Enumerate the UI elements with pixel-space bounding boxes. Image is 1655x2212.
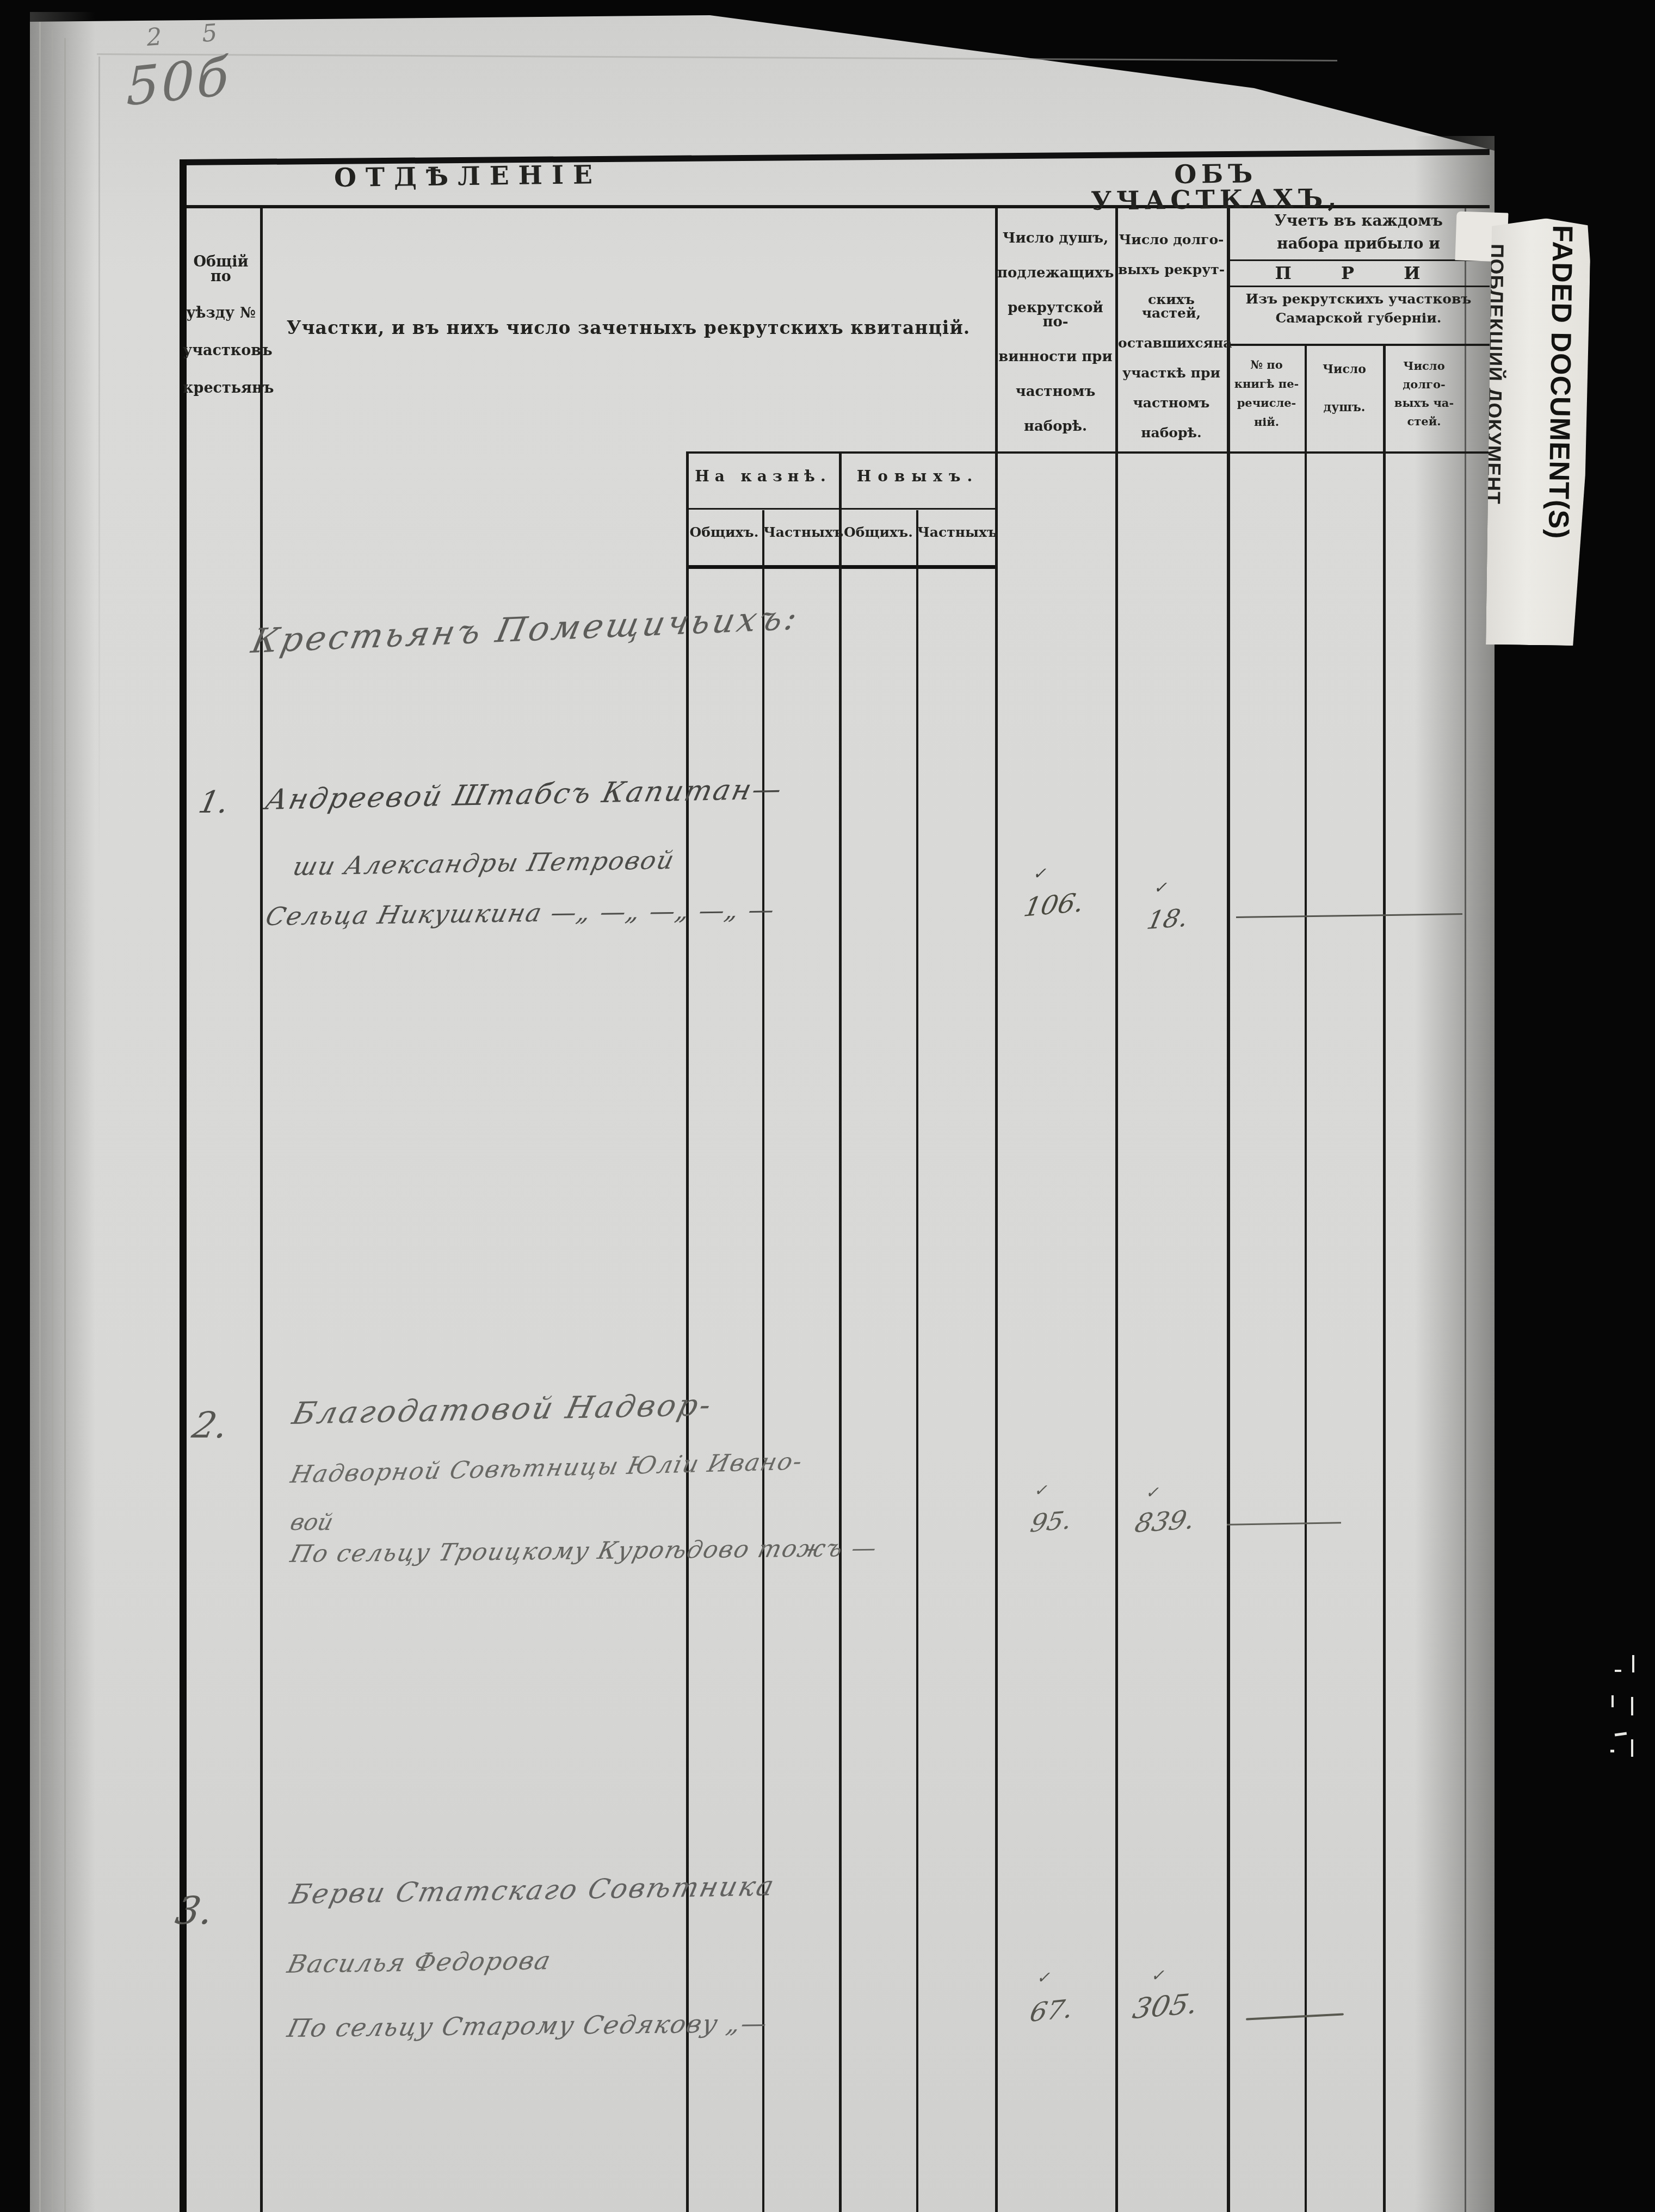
band-kazna: На казнѣ. <box>687 469 839 484</box>
column-header-uchastki: Участки, и въ нихъ число зачетныхъ рекру… <box>267 319 990 337</box>
check-mark: ✓ <box>1034 1483 1047 1499</box>
entry-text-line: Берви Статскаго Совѣтника <box>287 1873 777 1908</box>
corner-pencil-marks: 2 5 <box>146 20 234 50</box>
subcolumn-kniga: № по книгѣ пе- речисле- ній. <box>1228 359 1305 427</box>
archival-scan: 50б 2 5 ОТДѢЛЕНІЕ ОБЪ УЧАСТКАХЪ, Общій п… <box>0 0 1655 2212</box>
film-mark <box>1631 1739 1633 1757</box>
uchet-header-pri: П Р И <box>1228 264 1489 282</box>
check-mark: ✓ <box>1153 880 1167 896</box>
header-line: книгѣ пе- <box>1228 378 1305 389</box>
header-line: Число душъ, <box>997 231 1114 245</box>
column-header-debt: Число долго- выхъ рекрут- скихъ частей, … <box>1118 233 1225 439</box>
film-mark <box>1611 1695 1614 1707</box>
band-novyh: Новыхъ. <box>841 469 995 484</box>
header-line: наборѣ. <box>1118 426 1225 439</box>
column-header-uyezd: Общій по уѣзду № участковъ крестьянъ <box>183 255 259 395</box>
entry-text-line: По сельцу Троицкому Куроѣдово тожъ — <box>288 1536 880 1566</box>
header-line: Число <box>1385 360 1463 371</box>
band-obshchih-2: Общихъ. <box>841 525 916 539</box>
header-line: частномъ <box>997 385 1114 399</box>
table-rule <box>686 451 1490 454</box>
check-mark: ✓ <box>1033 866 1046 882</box>
header-line: речисле- <box>1228 397 1305 408</box>
table-rule <box>762 510 764 2212</box>
entry-text-line: вой <box>288 1511 336 1534</box>
page-right-edge-shade <box>1415 136 1495 2212</box>
column-header-souls: Число душъ, подлежащихъ рекрутской по- в… <box>997 231 1114 433</box>
film-mark <box>1615 1670 1621 1672</box>
uchet-header-line2: набора прибыло и <box>1228 236 1489 251</box>
film-mark <box>1610 1750 1614 1752</box>
band-chastnyh-1: Частныхъ <box>763 525 839 539</box>
band-obshchih-1: Общихъ. <box>687 525 761 539</box>
header-line: уѣзду № <box>183 306 259 320</box>
header-line: Число долго- <box>1118 233 1225 246</box>
table-rule <box>995 208 998 2212</box>
header-line: частномъ <box>1118 396 1225 410</box>
section-title-right: ОБЪ УЧАСТКАХЪ, <box>1060 160 1371 215</box>
header-line: винности при <box>997 350 1114 364</box>
header-line: подлежащихъ <box>997 266 1114 280</box>
check-mark: ✓ <box>1145 1485 1159 1501</box>
header-line: № по <box>1228 359 1305 370</box>
entry-text-line: ши Александры Петровой <box>291 847 677 879</box>
entry-text-line: Сельца Никушкина —„ —„ —„ —„ — <box>263 897 778 929</box>
table-rule <box>1465 208 1466 2212</box>
header-line: крестьянъ <box>183 381 259 395</box>
header-line: ній. <box>1228 416 1305 427</box>
header-line: участкѣ при <box>1118 366 1225 380</box>
header-line: стей. <box>1385 416 1463 427</box>
table-rule <box>1227 286 1490 287</box>
sheet-corner-line <box>98 57 100 872</box>
table-rule <box>686 451 689 2212</box>
table-rule <box>1227 207 1230 2212</box>
band-chastnyh-2: Частныхъ <box>917 525 995 539</box>
header-line: оставшихсяна <box>1118 336 1225 350</box>
table-rule <box>1305 344 1307 2212</box>
uchet-header-line5: Самарской губерніи. <box>1228 311 1489 325</box>
subcolumn-dush-line2: душъ. <box>1306 401 1383 413</box>
entry-text-line: По сельцу Старому Седякову „— <box>285 2011 770 2041</box>
header-line: выхъ ча- <box>1385 397 1463 408</box>
header-line: выхъ рекрут- <box>1118 263 1225 276</box>
entry-number: 3. <box>173 1892 216 1930</box>
table-rule <box>1227 344 1490 346</box>
film-mark <box>1632 1655 1634 1672</box>
faded-document-tab: ПОБЛЕКШИЙ ДОКУМЕНТ FADED DOCUMENT(S) <box>1486 218 1591 646</box>
entry-text-line: Благодатовой Надвор- <box>289 1390 715 1429</box>
sheet-edge-line <box>39 22 41 2212</box>
table-rule <box>1115 208 1118 2212</box>
table-rule <box>1227 259 1490 261</box>
folio-number: 50б <box>126 50 231 114</box>
header-line: участковъ <box>183 343 259 358</box>
film-mark <box>1631 1697 1633 1715</box>
entry-text-line: Василья Федорова <box>285 1948 554 1976</box>
header-line: рекрутской по- <box>997 301 1114 329</box>
sheet-edge-line <box>64 38 66 2212</box>
subcolumn-dush-line1: Число <box>1306 363 1383 375</box>
subcolumn-dolg: Число долго- выхъ ча- стей. <box>1385 360 1463 427</box>
table-rule <box>916 510 918 2212</box>
header-line: скихъ частей, <box>1118 293 1225 320</box>
film-mark <box>1615 1732 1627 1736</box>
table-rule <box>1383 344 1386 2212</box>
table-rule <box>260 208 263 2212</box>
check-mark: ✓ <box>1036 1970 1050 1986</box>
table-rule <box>839 451 842 2212</box>
faded-document-label-en: FADED DOCUMENT(S) <box>1540 225 1579 644</box>
uchet-header-line1: Учетъ въ каждомъ <box>1228 213 1489 228</box>
header-line: долго- <box>1385 379 1463 390</box>
header-line: Общій по <box>183 255 259 284</box>
sheet-edge-line <box>52 30 53 2212</box>
section-title-left: ОТДѢЛЕНІЕ <box>321 162 615 191</box>
check-mark: ✓ <box>1151 1968 1164 1984</box>
uchet-header-line4: Изъ рекрутскихъ участковъ <box>1228 292 1489 306</box>
header-line: наборѣ. <box>997 419 1114 433</box>
